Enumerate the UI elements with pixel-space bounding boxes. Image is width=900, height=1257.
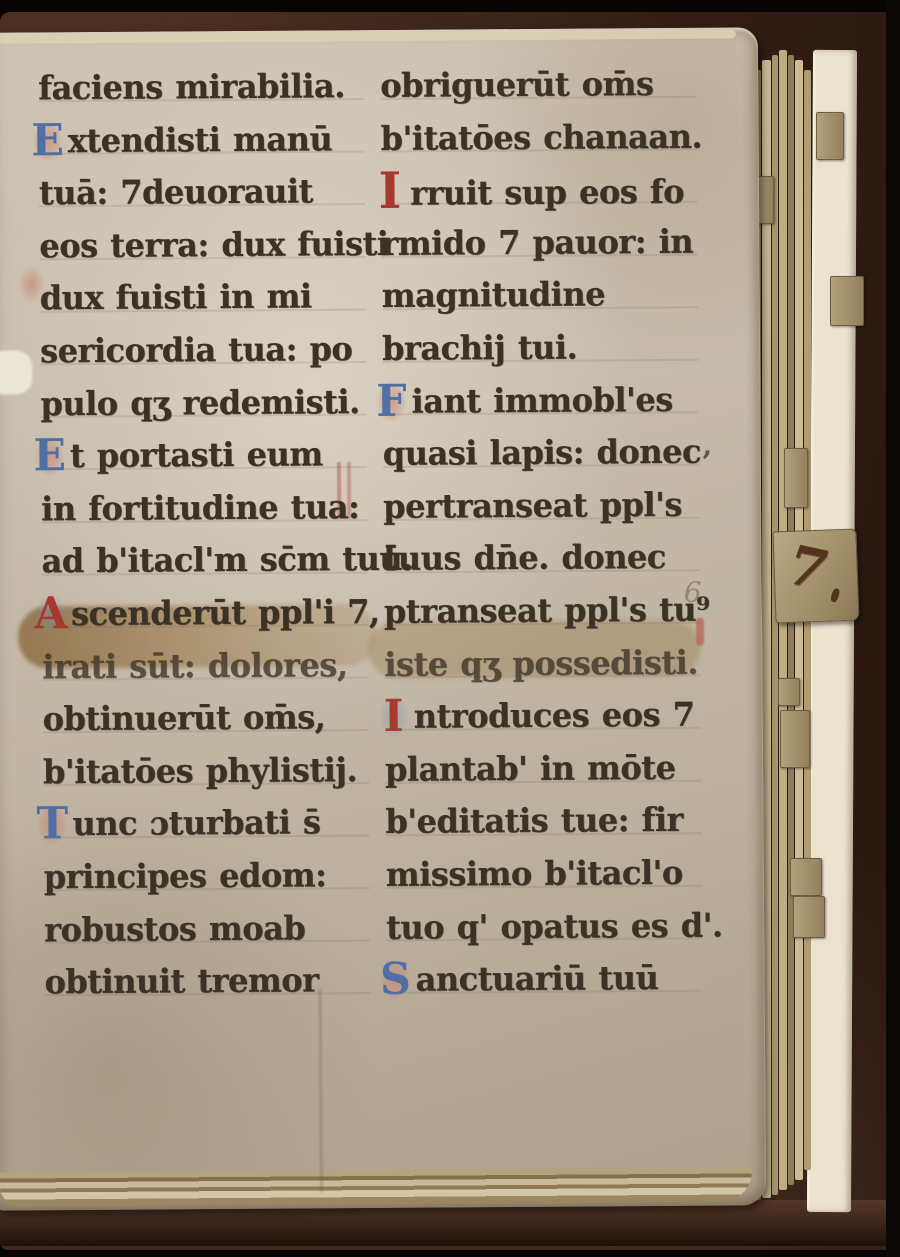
manuscript-line: principes edom:	[44, 849, 370, 904]
manuscript-line: b'itatōes chanaan.	[380, 110, 697, 165]
versal-initial: I	[375, 691, 412, 743]
manuscript-line: Irruit sup eos fo	[381, 163, 698, 218]
line-text: t portasti eum	[70, 435, 323, 476]
tab-ink-dot	[830, 588, 841, 603]
line-text: sericordia tua: po	[40, 329, 352, 370]
line-text: unc ɔturbati s̄	[72, 803, 320, 844]
line-text: dux fuisti in mi	[40, 277, 312, 318]
fore-edge-tab	[790, 858, 822, 896]
flyleaf	[807, 50, 857, 1212]
manuscript-line: Tunc ɔturbati s̄	[43, 796, 369, 851]
line-text: obtinuerūt om̄s,	[43, 697, 326, 738]
versal-initial: A	[32, 588, 69, 640]
line-text: rruit sup eos fo	[410, 172, 684, 213]
fore-edge-tab-labeled: 7	[772, 529, 859, 624]
line-text: principes edom:	[44, 855, 327, 896]
line-text: ntroduces eos 7	[414, 695, 695, 736]
line-text: faciens mirabilia.	[38, 66, 345, 107]
manuscript-line: obtinuit tremor	[44, 954, 370, 1009]
manuscript-line: obriguerūt om̄s	[380, 58, 697, 113]
line-text: b'itatōes chanaan.	[381, 116, 703, 157]
line-text: in fortitudine tua:	[41, 487, 359, 528]
line-text: obtinuit tremor	[44, 961, 318, 1002]
manuscript-line: pulo qʒ redemisti.	[40, 376, 366, 431]
line-text: brachij tui.	[382, 328, 577, 368]
line-text: tuā: 7deuorauit	[39, 172, 313, 213]
manuscript-line: tuus dn̄e. donec	[383, 531, 700, 586]
manuscript-line: Extendisti manū	[38, 113, 364, 168]
line-text: pulo qʒ redemisti.	[40, 382, 360, 423]
manuscript-line: tuā: 7deuorauit	[39, 165, 365, 220]
line-text: plantab' in mōte	[385, 748, 676, 789]
manuscript-line: iste qʒ possedisti.	[384, 636, 701, 691]
line-text: ad b'itacl'm sc̄m tuū.	[41, 539, 413, 581]
versal-initial: F	[373, 375, 410, 427]
manuscript-line: brachij tui.	[382, 321, 699, 376]
line-text: xtendisti manū	[68, 119, 333, 160]
text-column-left: faciens mirabilia. Extendisti manū tuā: …	[38, 60, 371, 1009]
line-text: iant immobl'es	[411, 379, 672, 420]
manuscript-line: faciens mirabilia.	[38, 60, 364, 115]
fore-edge-tab	[816, 112, 844, 160]
line-text: b'itatōes phylistij.	[43, 750, 357, 791]
line-text: obriguerūt om̄s	[380, 64, 654, 105]
fore-edge-tab	[793, 896, 825, 938]
margin-apostrophe-mark: ʼ	[701, 446, 712, 481]
line-text: tuus dn̄e. donec	[383, 537, 666, 578]
manuscript-line: plantab' in mōte	[385, 741, 702, 796]
line-text: scenderūt ppl'i 7,	[71, 592, 380, 633]
manuscript-photo: 7 6 ʼ faciens mirabilia. Extendisti manū…	[0, 0, 900, 1257]
fore-edge-tab	[830, 276, 864, 326]
line-text: robustos moab	[44, 908, 305, 949]
versal-initial: T	[34, 798, 71, 850]
line-text: quasi lapis: donec	[383, 432, 701, 473]
parchment-light-patch	[0, 350, 32, 394]
manuscript-line: irati sūt: dolores,	[42, 639, 368, 694]
fore-edge-tab	[780, 710, 810, 768]
fore-edge-tab	[784, 448, 808, 508]
line-text: b'editatis tue: fir	[385, 800, 683, 841]
photo-edge-shadow	[886, 0, 900, 1257]
manuscript-line: sericordia tua: po	[40, 323, 366, 378]
manuscript-line: Sanctuariū tuū	[386, 952, 703, 1007]
manuscript-line: b'itatōes phylistij.	[43, 744, 369, 799]
manuscript-line: eos terra: dux fuisti	[39, 218, 365, 273]
page-edge-strip	[772, 55, 778, 1195]
manuscript-line: missimo b'itacl'o	[386, 847, 703, 902]
manuscript-line: robustos moab	[44, 902, 370, 957]
line-text: missimo b'itacl'o	[386, 853, 683, 894]
manuscript-line: obtinuerūt om̄s,	[43, 691, 369, 746]
versal-initial: E	[29, 115, 66, 167]
manuscript-line: b'editatis tue: fir	[385, 794, 702, 849]
manuscript-line: rmido 7 pauor: in	[381, 216, 698, 271]
versal-initial: E	[31, 430, 68, 482]
line-text: anctuariū tuū	[415, 958, 658, 999]
manuscript-line: tuo q' opatus es d'.	[386, 899, 703, 954]
text-column-right: obriguerūt om̄s b'itatōes chanaan. Irrui…	[380, 58, 703, 1007]
manuscript-line: pertranseat ppl's	[383, 478, 700, 533]
tab-numeral: 7	[779, 535, 836, 600]
page-top-edge	[0, 29, 736, 43]
manuscript-line: magnitudine	[382, 268, 699, 323]
line-text: irati sūt: dolores,	[42, 645, 347, 686]
fore-edge-tab	[778, 678, 800, 706]
manuscript-line: Fiant immobl'es	[382, 373, 699, 428]
line-text: iste qʒ possedisti.	[384, 642, 698, 683]
line-text: magnitudine	[382, 275, 606, 316]
manuscript-line: Introduces eos 7	[385, 689, 702, 744]
page-bottom-edges	[0, 1167, 752, 1206]
manuscript-line: quasi lapis: donec	[383, 426, 700, 481]
manuscript-line: in fortitudine tua:	[41, 481, 367, 536]
line-text: ptranseat ppl's tu⁹	[384, 590, 710, 631]
line-text: rmido 7 pauor: in	[381, 222, 693, 263]
manuscript-line: Ascenderūt ppl'i 7,	[42, 586, 368, 641]
parchment-crease	[319, 988, 323, 1192]
manuscript-line: ptranseat ppl's tu⁹	[384, 584, 701, 639]
line-text: tuo q' opatus es d'.	[386, 905, 723, 946]
versal-initial: I	[371, 165, 408, 217]
versal-initial: S	[377, 954, 414, 1006]
line-text: pertranseat ppl's	[383, 485, 682, 526]
line-text: eos terra: dux fuisti	[39, 224, 388, 265]
manuscript-line: dux fuisti in mi	[40, 270, 366, 325]
manuscript-line: ad b'itacl'm sc̄m tuū.	[41, 533, 367, 588]
manuscript-line: Et portasti eum	[41, 428, 367, 483]
parchment-page: 6 ʼ faciens mirabilia. Extendisti manū t…	[0, 27, 766, 1210]
